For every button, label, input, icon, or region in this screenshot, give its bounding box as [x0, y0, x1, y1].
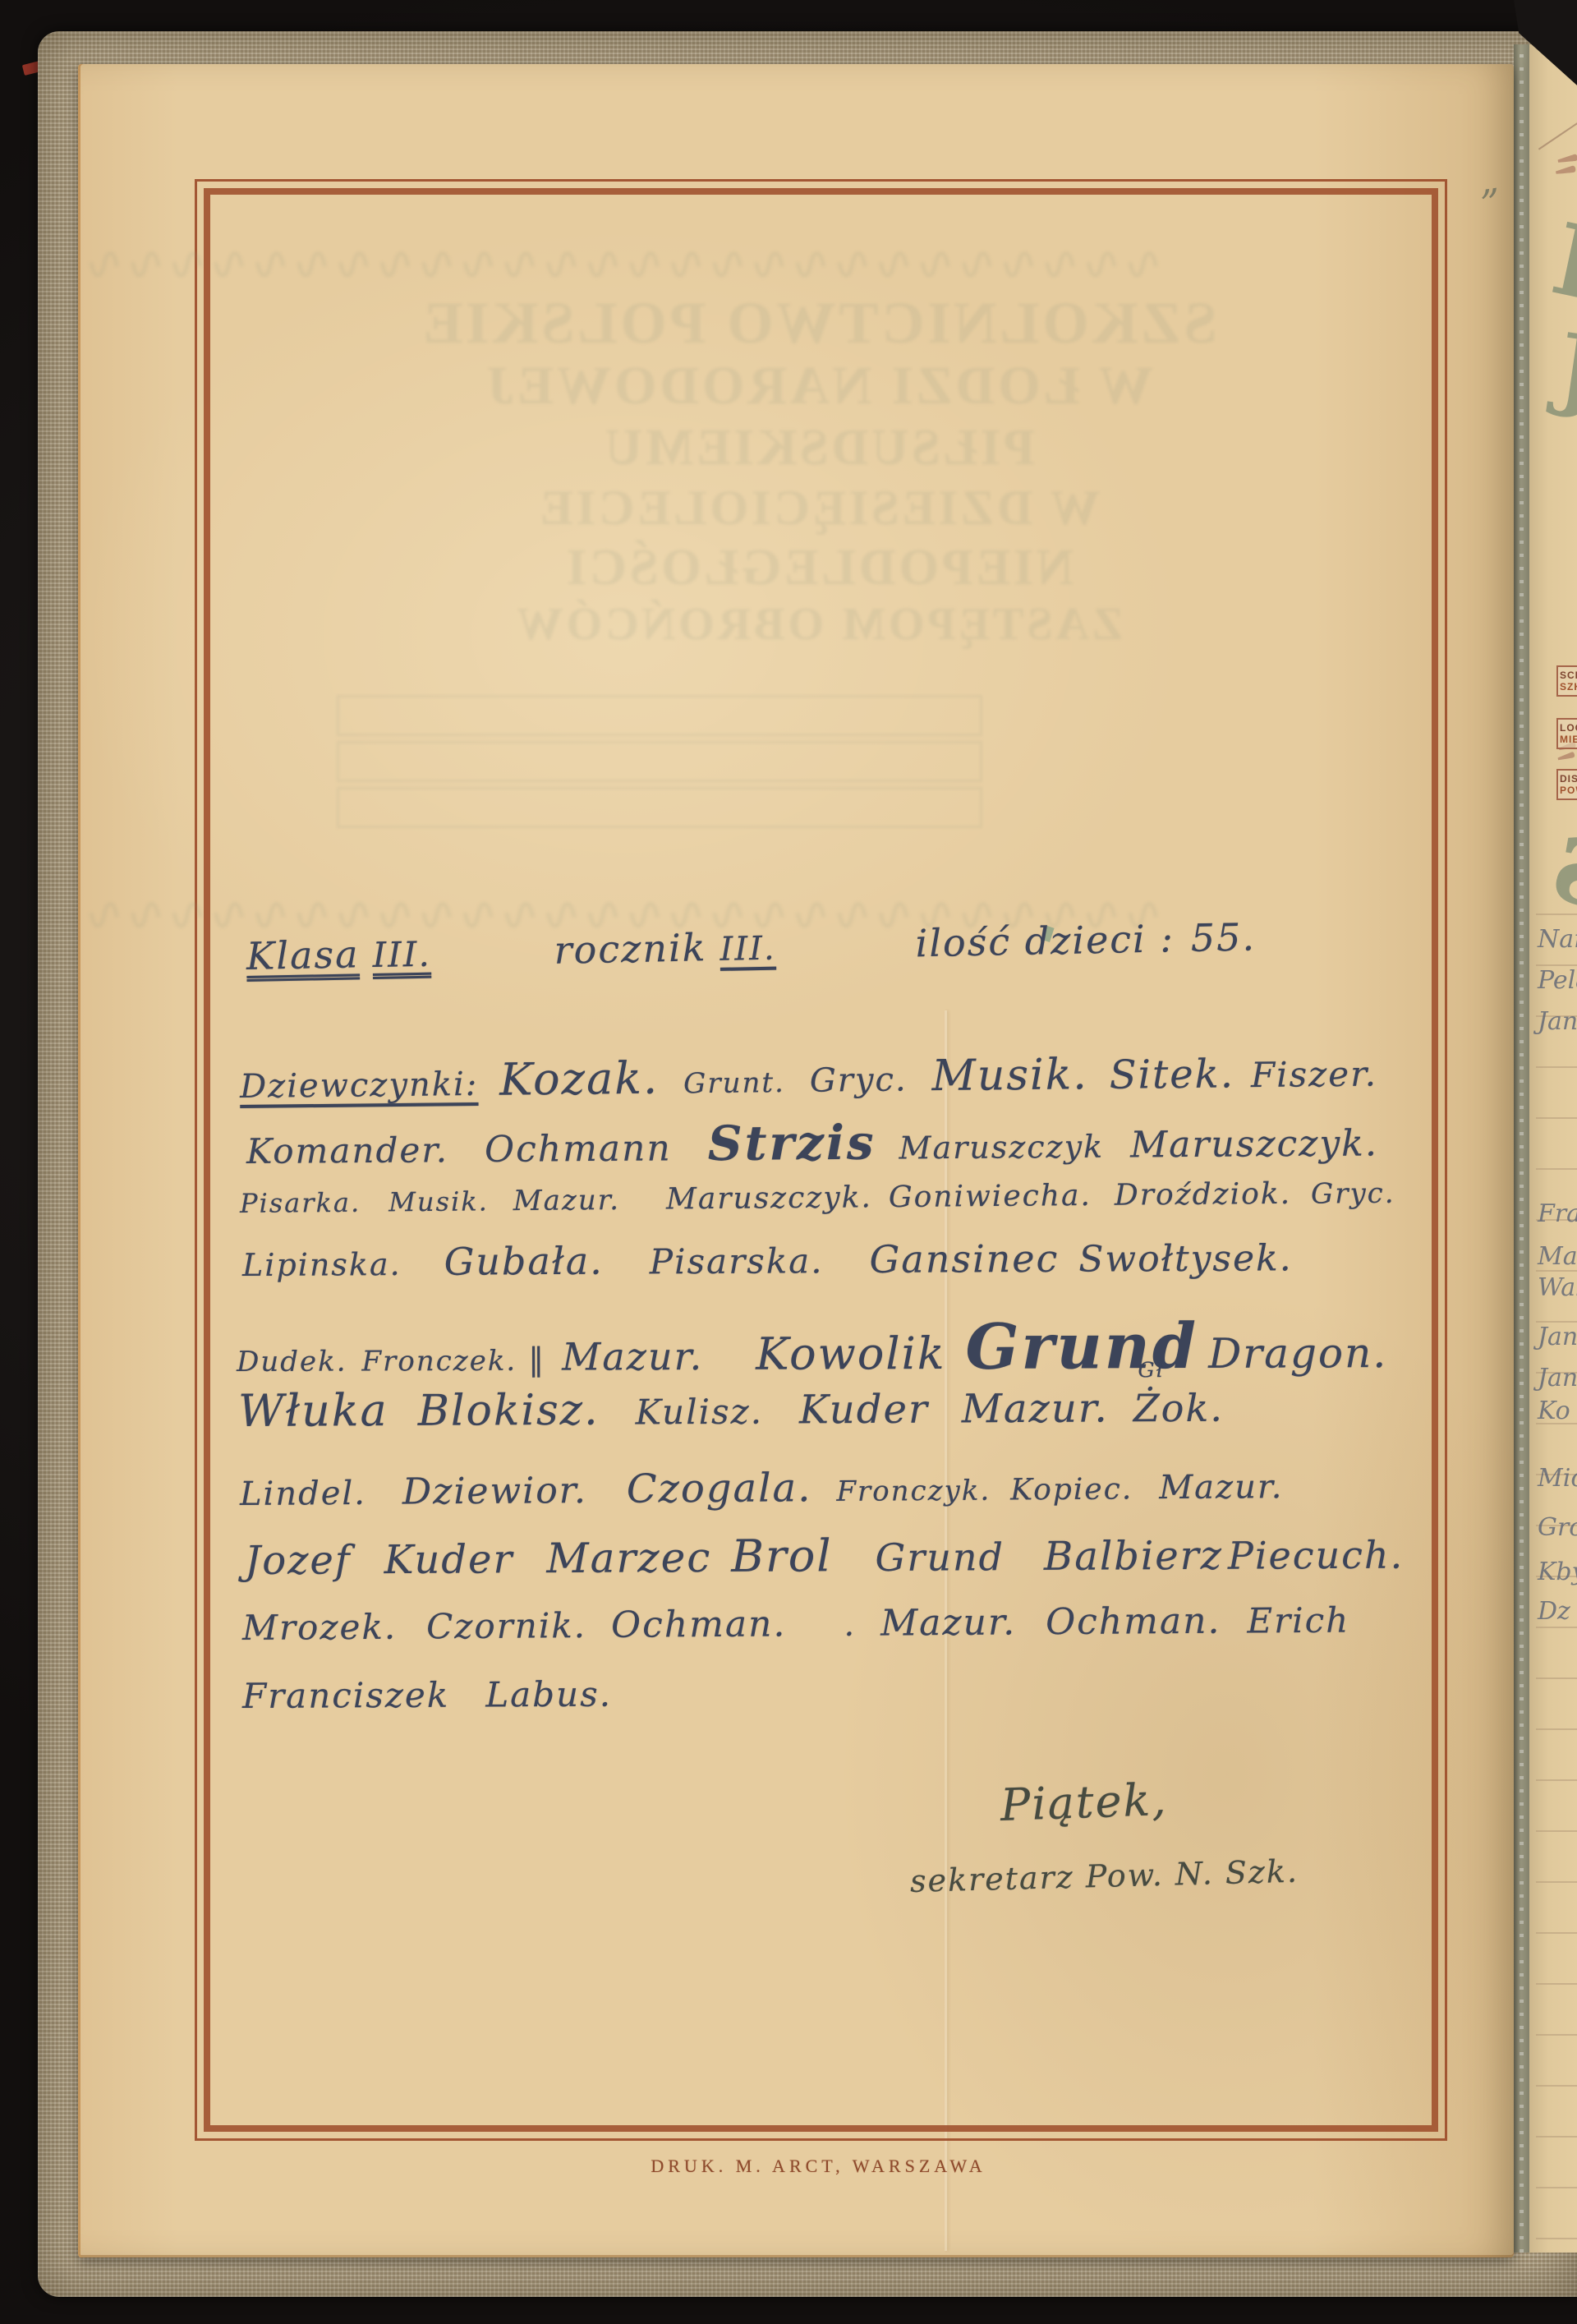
hand-word: Erich — [1247, 1600, 1349, 1641]
hand-superscript: Gł — [1138, 1358, 1165, 1382]
hand-word: Pisarka. — [240, 1187, 361, 1219]
hand-word: Gryc. — [1311, 1177, 1395, 1211]
names-line-10: FranciszekLabus. — [242, 1674, 612, 1716]
names-line-5: Dudek.Fronczek.‖Mazur.KowolikGrundDragon… — [237, 1309, 1387, 1386]
hand-word: Pisarska. — [650, 1240, 824, 1282]
hand-word: Mazur. — [562, 1334, 703, 1379]
hand-word: Grund — [875, 1535, 1005, 1580]
names-line-7: Lindel.Dziewior.Czogala.Fronczyk.Kopiec.… — [240, 1461, 1284, 1515]
hand-word: III. — [372, 934, 431, 975]
hand-word: Marzec — [546, 1534, 711, 1582]
hand-word: ilość dzieci : — [915, 916, 1175, 965]
hand-word: Maruszczyk. — [666, 1180, 872, 1216]
hand-word: Goniwiecha. — [889, 1179, 1092, 1214]
hand-word: Maruszczyk — [899, 1129, 1104, 1167]
hand-word: Gryc. — [810, 1061, 908, 1099]
hand-word: Mrozek. — [242, 1607, 397, 1648]
names-line-6: WłukaBlokisz.Kulisz.KuderMazur.Żok.Gł — [238, 1380, 1224, 1437]
hand-word: Lindel. — [240, 1475, 366, 1513]
hand-word: rocznik — [554, 925, 707, 973]
hand-word: Mazur. — [880, 1601, 1016, 1644]
hand-word: Piątek, — [1000, 1774, 1168, 1831]
hand-word: . — [844, 1606, 856, 1644]
hand-word: Fronczek. — [361, 1345, 517, 1378]
hand-word: Piecuch. — [1228, 1533, 1405, 1578]
hand-word: Kulisz. — [636, 1392, 764, 1433]
hand-word: Kuder — [384, 1536, 513, 1583]
hand-word: Czornik. — [426, 1605, 586, 1646]
hand-word: Labus. — [485, 1674, 612, 1715]
names-line-3: Pisarka.Musik.Mazur.Maruszczyk.Goniwiech… — [240, 1176, 1395, 1220]
hand-word: Włuka — [238, 1384, 389, 1437]
names-line-9: Mrozek.Czornik.Ochman..Mazur.Ochman.Eric… — [242, 1599, 1350, 1649]
hand-word: 55. — [1190, 914, 1256, 960]
hand-word: Maruszczyk. — [1130, 1122, 1378, 1166]
hand-word: Żok.Gł — [1133, 1386, 1224, 1431]
signature-role: sekretarz Pow. N. Szk. — [909, 1853, 1299, 1899]
hand-word: Swołtysek. — [1078, 1237, 1293, 1280]
hand-word: Fronczyk. — [836, 1475, 991, 1508]
hand-word: Gubała. — [444, 1239, 603, 1284]
hand-word: Komander. — [246, 1130, 448, 1171]
hand-word: Grunt. — [683, 1066, 785, 1100]
hand-word: ‖ — [528, 1341, 545, 1378]
hand-word: Ochmann — [485, 1127, 672, 1171]
hand-word: Kopiec. — [1010, 1472, 1133, 1507]
names-line-1: Dziewczynki:Kozak.Grunt.Gryc.Musik.Sitek… — [240, 1044, 1378, 1107]
printer-imprint: DRUK. M. ARCT, WARSZAWA — [195, 2156, 1442, 2177]
hand-word: Mazur. — [962, 1385, 1109, 1432]
hand-word: Sitek. — [1109, 1051, 1234, 1098]
hand-word: Ochman. — [1046, 1600, 1221, 1643]
hand-word: Kuder — [799, 1387, 929, 1434]
hand-word: Lipinska. — [242, 1246, 402, 1283]
hand-word: III. — [720, 930, 776, 969]
hand-word: Fiszer. — [1251, 1053, 1377, 1095]
hand-word: Brol — [731, 1530, 833, 1582]
signature-name: Piątek, — [1000, 1774, 1168, 1831]
hand-word: Balbierz — [1044, 1533, 1223, 1580]
hand-word: Gansinec — [869, 1236, 1059, 1282]
hand-word: Mazur. — [1159, 1468, 1283, 1507]
hand-word: Dudek. — [237, 1346, 347, 1378]
hand-word: Ochman. — [611, 1603, 787, 1645]
hand-word: Czogala. — [627, 1465, 812, 1512]
hand-word: Dziewczynki: — [240, 1065, 479, 1106]
hand-word: Musik. — [931, 1050, 1088, 1101]
hand-word: Kozak. — [499, 1052, 660, 1106]
hand-word: Kowolik — [756, 1328, 946, 1380]
hand-word: Mazur. — [513, 1184, 621, 1217]
hand-word: Musik. — [389, 1185, 489, 1217]
hand-word: Dragon. — [1208, 1329, 1387, 1378]
names-line-8: JozefKuderMarzecBrolGrundBalbierzPiecuch… — [245, 1527, 1405, 1585]
hand-word: Strzis — [707, 1115, 876, 1171]
names-line-2: Komander.OchmannStrzisMaruszczykMaruszcz… — [246, 1111, 1378, 1175]
names-line-4: Lipinska.Gubała.Pisarska.GansinecSwołtys… — [242, 1235, 1293, 1285]
hand-word: Dziewior. — [402, 1470, 587, 1513]
hand-word: Jozef — [245, 1537, 352, 1584]
header-line: KlasaIII.rocznikIII.ilość dzieci :55. — [246, 914, 1256, 978]
book-scan: 〞KJƧ〞 SCHOSZKOLOCAMIEJDISTPOW NamPelagJa… — [0, 0, 1577, 2324]
hand-word: Klasa — [246, 932, 360, 978]
hand-word: Franciszek — [242, 1675, 450, 1716]
hand-word: Blokisz. — [418, 1386, 600, 1436]
hand-word: Droździok. — [1115, 1177, 1292, 1213]
hand-word: sekretarz Pow. N. Szk. — [909, 1853, 1299, 1899]
handwriting-layer: KlasaIII.rocznikIII.ilość dzieci :55.Dzi… — [0, 0, 1577, 2324]
